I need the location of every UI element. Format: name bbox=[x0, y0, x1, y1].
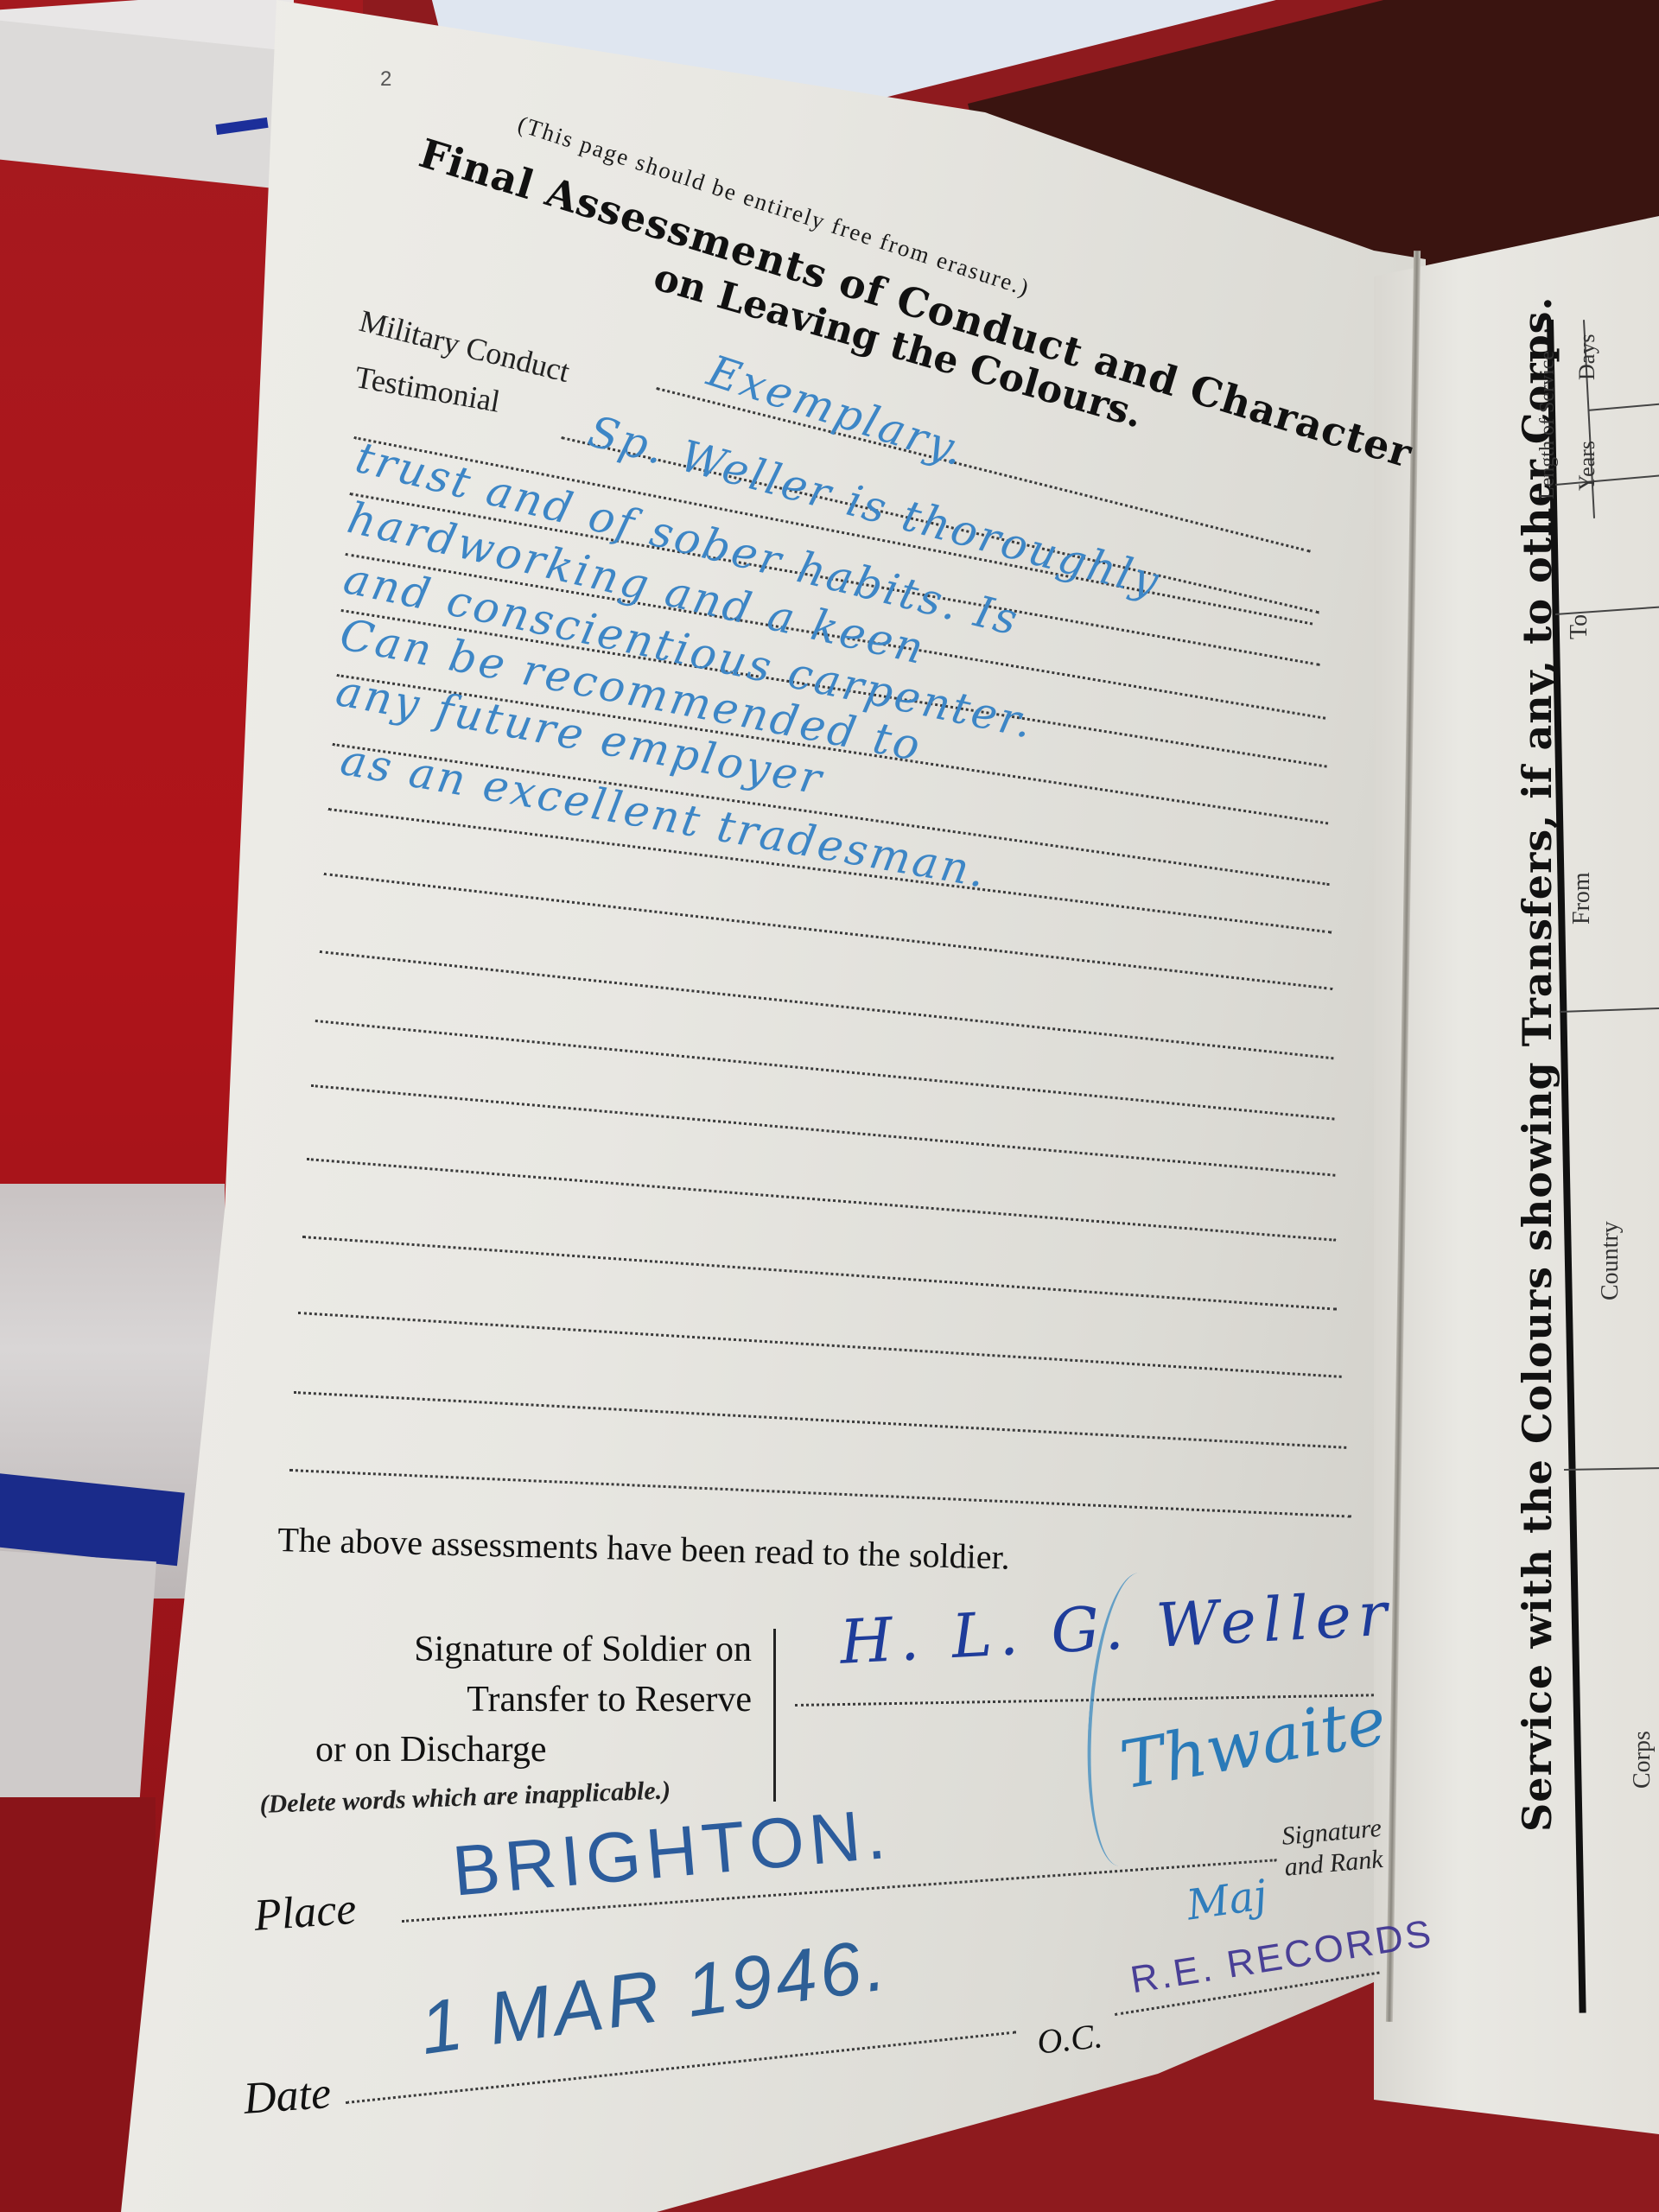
soldier-signature-label: Signature of Soldier on Transfer to Rese… bbox=[268, 1624, 752, 1775]
column-header-corps: Corps bbox=[1629, 1731, 1656, 1789]
flag-white-stripe bbox=[0, 1549, 156, 1837]
signature-bracket bbox=[773, 1629, 781, 1802]
column-header-to: To bbox=[1566, 614, 1593, 639]
signature-and-rank-label: Signature and Rank bbox=[1281, 1813, 1385, 1884]
date-label: Date bbox=[242, 2068, 333, 2125]
signature-label-line: or on Discharge bbox=[268, 1725, 752, 1775]
place-label: Place bbox=[252, 1884, 358, 1942]
column-subheader-years: Years bbox=[1574, 441, 1600, 491]
column-header-length: Length of Service bbox=[1536, 351, 1560, 499]
signature-label-line: Transfer to Reserve bbox=[268, 1675, 752, 1725]
signature-label-line: Signature of Soldier on bbox=[268, 1624, 752, 1675]
column-subheader-days: Days bbox=[1574, 334, 1600, 380]
column-header-country: Country bbox=[1597, 1221, 1624, 1300]
page-number: 2 bbox=[380, 67, 391, 92]
oc-label: O.C. bbox=[1035, 2015, 1104, 2063]
column-header-from: From bbox=[1568, 872, 1596, 925]
